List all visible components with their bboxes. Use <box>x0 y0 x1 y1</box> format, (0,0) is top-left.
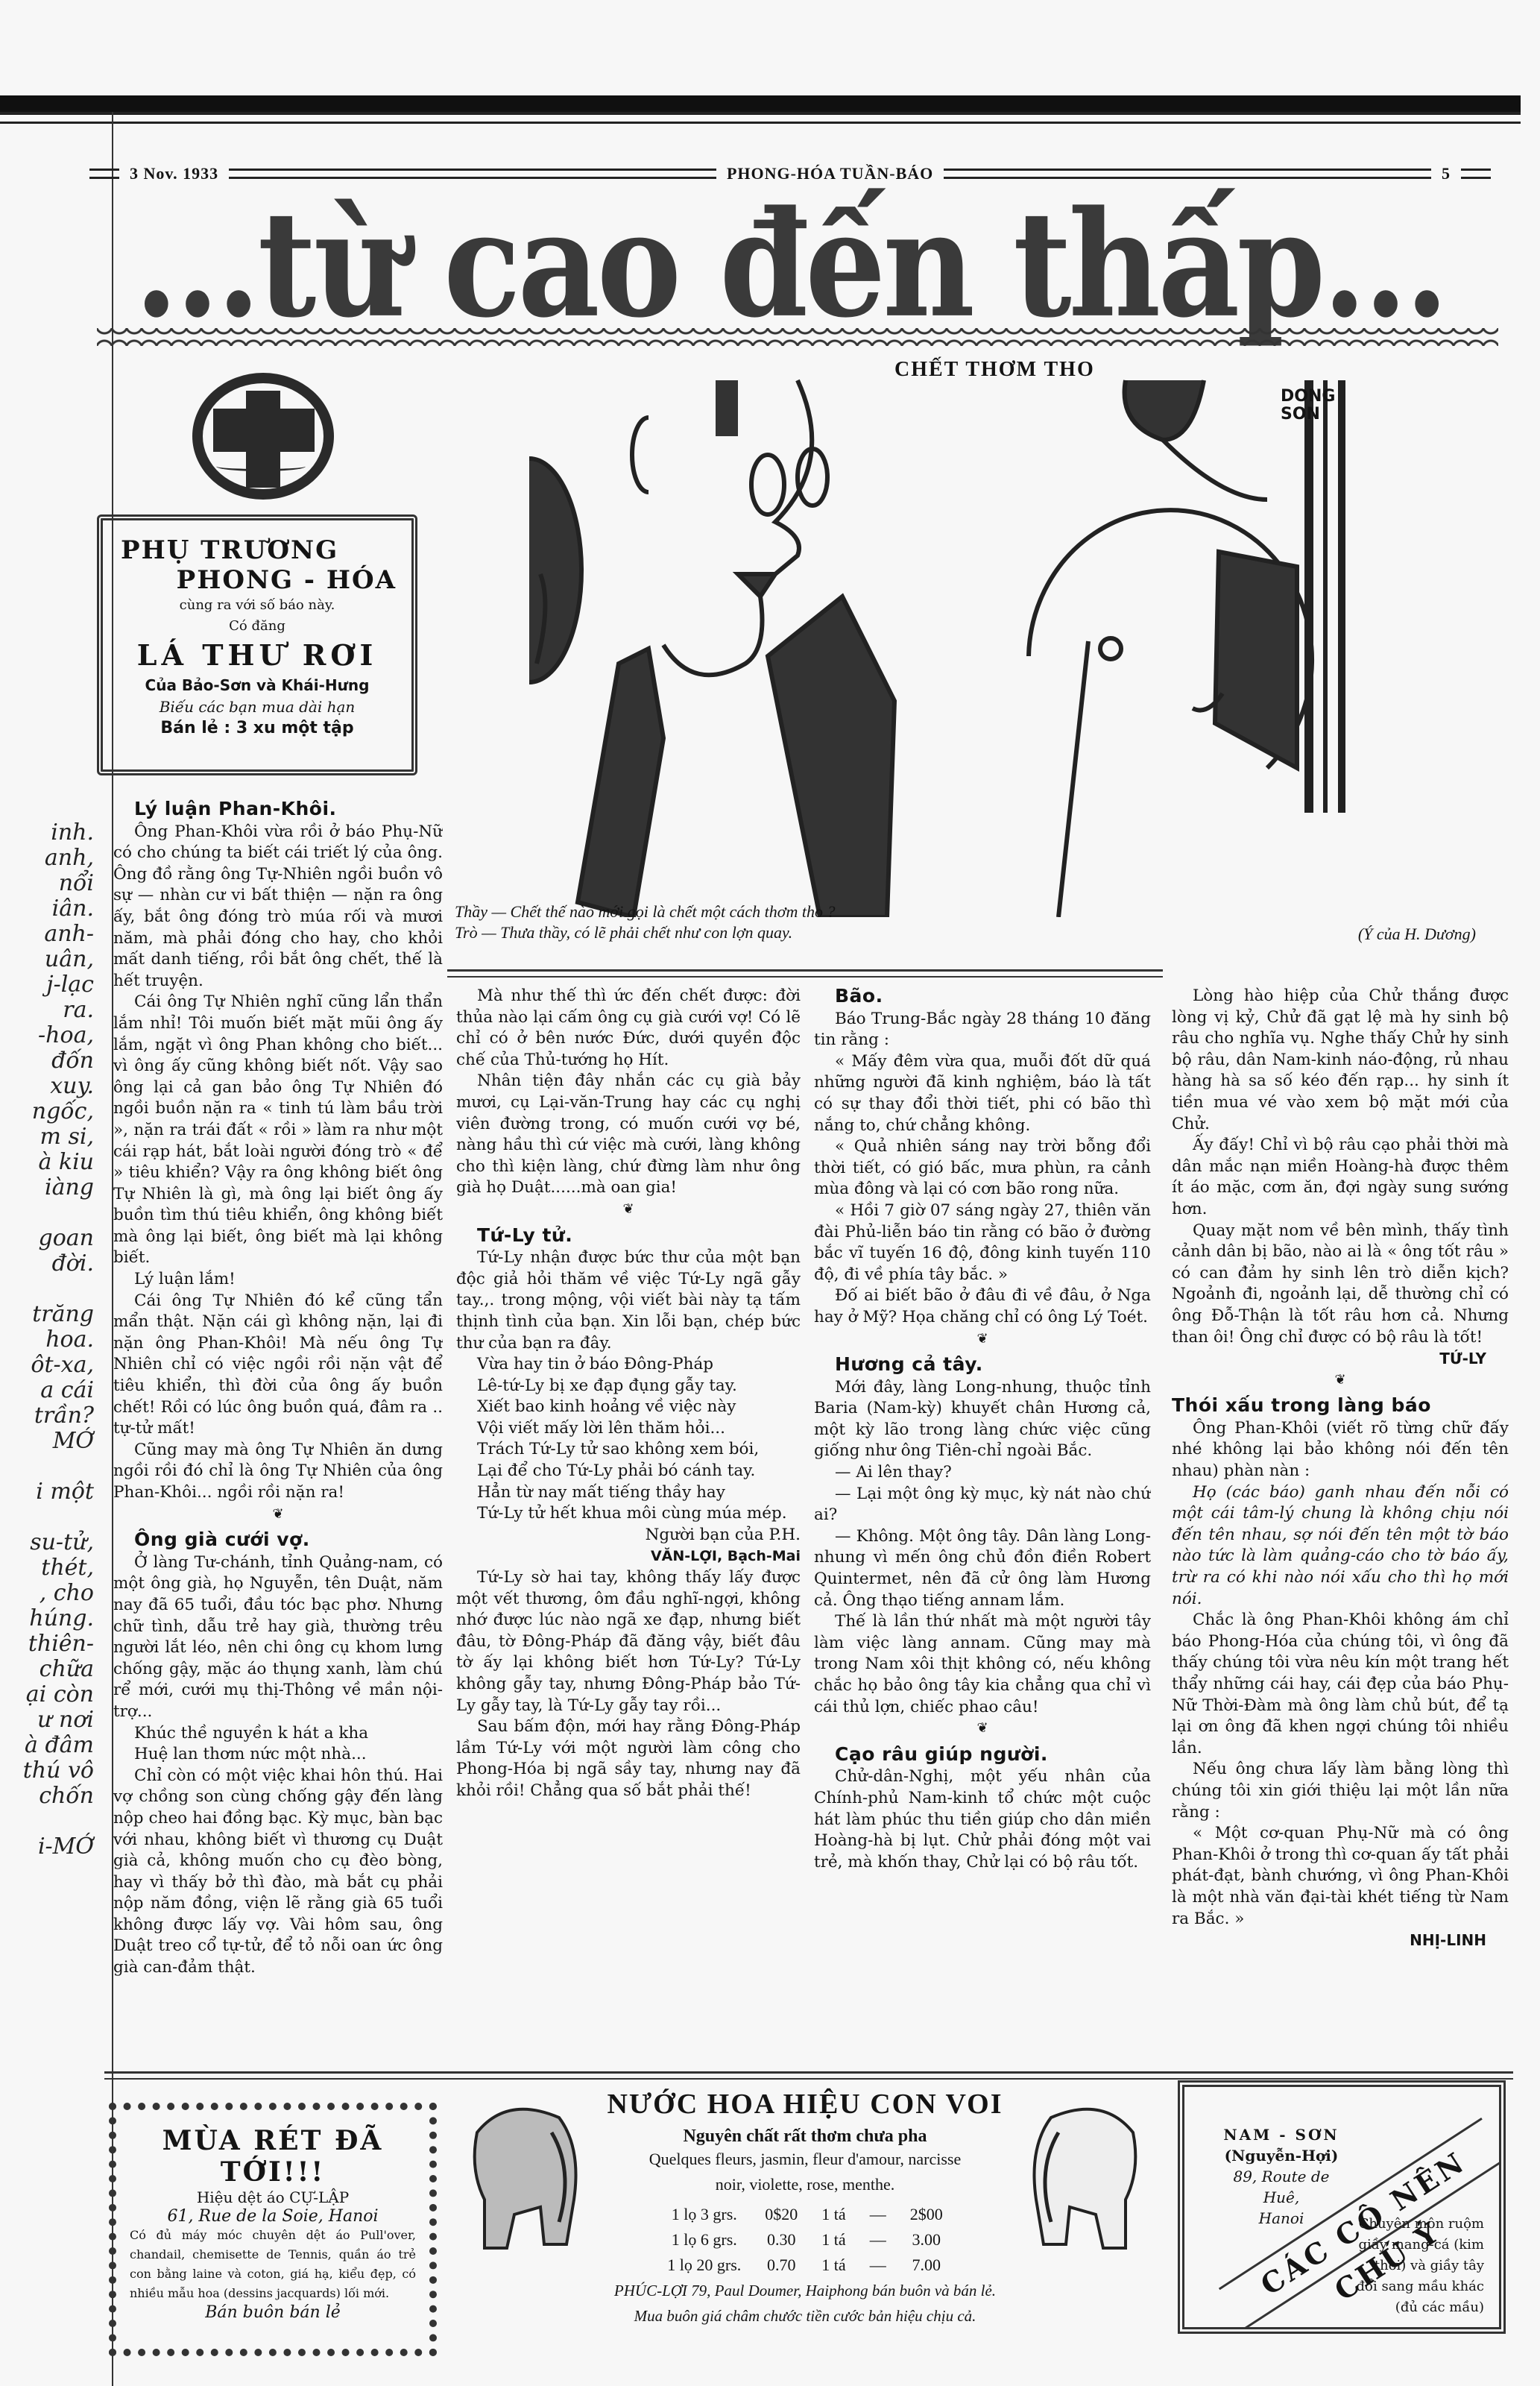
ad-footer: PHÚC-LỢI 79, Paul Doumer, Haiphong bán b… <box>462 2278 1148 2303</box>
column-1: Lý luận Phan-Khôi. Ông Phan-Khôi vừa rồi… <box>113 794 443 2062</box>
verse-line: Hẳn từ nay mất tiếng thầy hay <box>456 1482 801 1504</box>
column-3: Bão. Báo Trung-Bắc ngày 28 tháng 10 đăng… <box>814 986 1151 2059</box>
ornament-icon: ❦ <box>113 1504 443 1526</box>
cross-in-circle-logo-icon <box>192 373 334 500</box>
ad-shop-name: NAM - SƠN <box>1214 2124 1348 2145</box>
gutter-fragment: anh, <box>4 846 94 871</box>
promo-line: Có đăng <box>103 616 411 637</box>
article-paragraph: Ông Phan-Khôi (viết rõ từng chữ đấy nhé … <box>1172 1418 1509 1482</box>
cartoon-illustration <box>447 350 1498 917</box>
price-row: 1 lọ 20 grs.0.701 tá—7.00 <box>655 2253 954 2278</box>
price-cell: — <box>858 2227 898 2253</box>
ad-address: 61, Rue de la Soie, Hanoi <box>130 2207 416 2226</box>
letter-signer: Người bạn của P.H. <box>456 1525 801 1546</box>
promo-price: Bán lẻ : 3 xu một tập <box>103 717 411 740</box>
gutter-fragment: su-tử, <box>4 1530 94 1555</box>
supplement-announcement-box: PHỤ TRƯƠNG PHONG - HÓA cùng ra với số bá… <box>97 514 417 775</box>
verse-line: Vừa hay tin ở báo Đông-Pháp <box>456 1354 801 1376</box>
verse-line: Xiết bao kinh hoảng về việc này <box>456 1397 801 1418</box>
header-rule <box>89 169 119 179</box>
verse-line: Lại để cho Tứ-Ly phải bó cánh tay. <box>456 1461 801 1482</box>
page-top-border <box>0 95 1521 115</box>
article-paragraph: Nhân tiện đây nhắn các cụ già bảy mươi, … <box>456 1071 801 1199</box>
author-signature: NHỊ-LINH <box>1172 1930 1509 1951</box>
header-rule <box>229 169 716 179</box>
gutter-fragment: uân, <box>4 947 94 972</box>
logo-wave <box>216 462 306 471</box>
gutter-fragment: anh- <box>4 922 94 947</box>
article-paragraph: Sau bấm độn, mới hay rằng Đông-Pháp lầm … <box>456 1716 801 1801</box>
gutter-fragment: ôt-xa, <box>4 1353 94 1378</box>
gutter-fragment: thiên- <box>4 1631 94 1657</box>
article-paragraph: « Mấy đêm vừa qua, muỗi đốt dữ quá những… <box>814 1051 1151 1136</box>
verse-line: Huệ lan thơm nức một nhà... <box>113 1744 443 1766</box>
gutter-fragment: goan <box>4 1226 94 1251</box>
gutter-fragment: j-lạc <box>4 972 94 998</box>
cartoon-credit: (Ý của H. Dương) <box>1358 925 1476 944</box>
article-paragraph: « Một cơ-quan Phụ-Nữ mà có ông Phan-Khôi… <box>1172 1823 1509 1930</box>
ornament-icon: ❦ <box>456 1199 801 1221</box>
promo-line: cùng ra với số báo này. <box>103 595 411 616</box>
article-title: Thói xấu trong làng báo <box>1172 1395 1509 1417</box>
gutter-fragment: a cái <box>4 1378 94 1403</box>
ad-cu-lap-knitwear: MÙA RÉT ĐÃ TỚI!!! Hiệu dệt áo CỰ-LẬP 61,… <box>109 2103 437 2356</box>
article-paragraph: — Ai lên thay? <box>814 1462 1151 1484</box>
price-row: 1 lọ 3 grs.0$201 tá—2$00 <box>655 2202 954 2227</box>
ad-title: MÙA RÉT ĐÃ TỚI!!! <box>130 2125 416 2188</box>
article-paragraph: Cũng may mà ông Tự Nhiên ăn dưng ngồi rồ… <box>113 1440 443 1504</box>
article-paragraph: Nếu ông chưa lấy làm bằng lòng thì chúng… <box>1172 1759 1509 1823</box>
price-cell: 0.30 <box>753 2227 810 2253</box>
article-title: Cạo râu giúp người. <box>814 1744 1151 1766</box>
article-paragraph: Lý luận lắm! <box>113 1269 443 1291</box>
article-title: Tứ-Ly tử. <box>456 1225 801 1247</box>
article-paragraph: — Không. Một ông tây. Dân làng Long-nhun… <box>814 1526 1151 1611</box>
ornament-icon: ❦ <box>814 1329 1151 1350</box>
ad-shop-info: NAM - SƠN (Nguyễn-Hợi) 89, Route de Huê,… <box>1214 2124 1348 2229</box>
page-headline: ...từ cao đến thấp... <box>82 183 1498 347</box>
article-paragraph: Báo Trung-Bắc ngày 28 tháng 10 đăng tin … <box>814 1009 1151 1051</box>
gutter-fragment: ra. <box>4 998 94 1023</box>
ad-owner: (Nguyễn-Hợi) <box>1214 2145 1348 2166</box>
price-cell: 1 tá <box>810 2202 857 2227</box>
article-paragraph: Mới đây, làng Long-nhung, thuộc tỉnh Bar… <box>814 1377 1151 1462</box>
price-cell: 1 lọ 3 grs. <box>655 2202 753 2227</box>
verse-line: Khúc thề nguyền k hát a kha <box>113 1723 443 1745</box>
promo-line: Biếu các bạn mua dài hạn <box>103 696 411 717</box>
gutter-fragment: iân. <box>4 896 94 922</box>
verse-line: Lê-tứ-Ly bị xe đạp đụng gẫy tay. <box>456 1376 801 1397</box>
article-paragraph: Tứ-Ly nhận được bức thư của một bạn độc … <box>456 1247 801 1354</box>
gutter-fragment: , cho <box>4 1581 94 1606</box>
price-cell: 1 lọ 20 grs. <box>655 2253 753 2278</box>
cartoon-caption-teacher: Thầy — Chết thế nào mới gọi là chết một … <box>455 902 835 922</box>
article-paragraph: Cái ông Tự Nhiên đó kể cũng tẩn mẩn thật… <box>113 1291 443 1440</box>
quote-text: Họ (các báo) ganh nhau đến nỗi có một cá… <box>1172 1483 1509 1608</box>
logo-bar <box>246 391 280 488</box>
price-table: 1 lọ 3 grs.0$201 tá—2$001 lọ 6 grs.0.301… <box>655 2202 954 2278</box>
column-4: Lòng hào hiệp của Chử thắng được lòng vị… <box>1172 986 1509 2059</box>
left-gutter-previous-page: inh.anh,nổiiân.anh-uân,j-lạcra.-hoa,đốnx… <box>0 112 113 2386</box>
gutter-fragment: thú vô <box>4 1758 94 1784</box>
gutter-fragment: xuy. <box>4 1074 94 1099</box>
ad-nam-son-shoe-dye: NAM - SƠN (Nguyễn-Hợi) 89, Route de Huê,… <box>1178 2080 1506 2334</box>
article-paragraph: Chử-dân-Nghị, một yếu nhân của Chính-phủ… <box>814 1766 1151 1873</box>
article-paragraph: Mà như thế thì ức đến chết được: đời thủ… <box>456 986 801 1071</box>
price-cell: 0.70 <box>753 2253 810 2278</box>
gutter-fragments: inh.anh,nổiiân.anh-uân,j-lạcra.-hoa,đốnx… <box>4 820 94 1860</box>
article-paragraph: Ở làng Tư-chánh, tỉnh Quảng-nam, có một … <box>113 1552 443 1723</box>
article-paragraph: « Quả nhiên sáng nay trời bỗng đổi thời … <box>814 1136 1151 1200</box>
gutter-fragment: ại còn <box>4 1682 94 1707</box>
price-cell: — <box>858 2253 898 2278</box>
article-paragraph: « Hồi 7 giờ 07 sáng ngày 27, thiên văn đ… <box>814 1200 1151 1285</box>
gutter-fragment: đời. <box>4 1251 94 1277</box>
verse-line: Tứ-Ly tử hết khua môi cùng múa mép. <box>456 1503 801 1525</box>
price-row: 1 lọ 6 grs.0.301 tá—3.00 <box>655 2227 954 2253</box>
gutter-fragment <box>4 1809 94 1834</box>
ads-top-rule <box>104 2071 1513 2080</box>
article-paragraph: Tứ-Ly sờ hai tay, không thấy lấy được mộ… <box>456 1567 801 1716</box>
cartoon-caption-student: Trò — Thưa thầy, có lẽ phải chết như con… <box>455 923 792 942</box>
editorial-cartoon: CHẾT THƠM THO DONG SON Thầy — Chế <box>447 350 1498 932</box>
article-paragraph: — Lại một ông kỳ mục, kỳ nát nào chứ ai? <box>814 1484 1151 1526</box>
article-title: Hương cả tây. <box>814 1354 1151 1376</box>
article-title: Lý luận Phan-Khôi. <box>113 799 443 820</box>
article-quote: Họ (các báo) ganh nhau đến nỗi có một cá… <box>1172 1482 1509 1611</box>
ad-footer: Mua buôn giá châm chước tiền cước bản hi… <box>462 2303 1148 2329</box>
gutter-fragment <box>4 1277 94 1302</box>
gutter-fragment: hoa. <box>4 1327 94 1353</box>
article-paragraph: Quay mặt nom về bên mình, thấy tình cảnh… <box>1172 1221 1509 1349</box>
price-cell: 3.00 <box>898 2227 955 2253</box>
gutter-fragment: m si, <box>4 1124 94 1150</box>
ad-body: Có đủ máy móc chuyên dệt áo Pull'over, c… <box>130 2226 416 2303</box>
ad-shop-name: Hiệu dệt áo CỰ-LẬP <box>130 2188 416 2207</box>
gutter-fragment: MỚ <box>4 1429 94 1454</box>
ad-footer: Bán buôn bán lẻ <box>130 2303 416 2322</box>
promo-authors: Của Bảo-Sơn và Khái-Hưng <box>103 674 411 696</box>
header-rule <box>944 169 1431 179</box>
gutter-fragment: à đâm <box>4 1733 94 1758</box>
article-paragraph: Lòng hào hiệp của Chử thắng được lòng vị… <box>1172 986 1509 1135</box>
verse-line: Trách Tứ-Ly tử sao không xem bói, <box>456 1439 801 1461</box>
article-paragraph: Chắc là ông Phan-Khôi không ám chỉ báo P… <box>1172 1610 1509 1759</box>
article-paragraph: Đố ai biết bão ở đâu đi về đâu, ở Nga ha… <box>814 1285 1151 1328</box>
gutter-fragment: thét, <box>4 1555 94 1581</box>
promo-title: LÁ THƯ RƠI <box>103 637 411 674</box>
price-cell: 1 tá <box>810 2253 857 2278</box>
letter-signer-name: VĂN-LỢI, Bạch-Mai <box>456 1546 801 1567</box>
gutter-fragment <box>4 1200 94 1226</box>
price-cell: 1 lọ 6 grs. <box>655 2227 753 2253</box>
gutter-fragment: -hoa, <box>4 1023 94 1048</box>
gutter-fragment <box>4 1505 94 1530</box>
article-title: Bão. <box>814 986 1151 1007</box>
price-cell: 0$20 <box>753 2202 810 2227</box>
price-cell: 7.00 <box>898 2253 955 2278</box>
gutter-fragment: trăng <box>4 1302 94 1327</box>
article-paragraph: Ông Phan-Khôi vừa rồi ở báo Phụ-Nữ có ch… <box>113 822 443 992</box>
price-cell: — <box>858 2202 898 2227</box>
cartoon-bottom-rule <box>447 969 1163 978</box>
article-paragraph: Chỉ còn có một việc khai hôn thú. Hai vợ… <box>113 1766 443 1979</box>
article-paragraph: Cái ông Tự Nhiên nghĩ cũng lẩn thẩn lắm … <box>113 992 443 1269</box>
ad-address: 89, Route de Huê, <box>1214 2166 1348 2208</box>
gutter-fragment: ngốc, <box>4 1099 94 1124</box>
promo-line: PHONG - HÓA <box>103 565 411 595</box>
ad-body: Chuyên môn ruộm giầy mang-cá (kim thời) … <box>1350 2214 1484 2318</box>
ornament-icon: ❦ <box>1172 1370 1509 1391</box>
article-paragraph: Thế là lần thứ nhất mà một người tây làm… <box>814 1611 1151 1718</box>
article-title: Ông già cưới vợ. <box>113 1529 443 1551</box>
gutter-fragment: i-MỚ <box>4 1834 94 1860</box>
gutter-fragment: ư nơi <box>4 1707 94 1733</box>
elephant-icon <box>462 2088 589 2259</box>
gutter-fragment: inh. <box>4 820 94 846</box>
promo-line: PHỤ TRƯƠNG <box>103 535 411 565</box>
gutter-fragment: nổi <box>4 871 94 896</box>
elephant-icon <box>1021 2088 1148 2259</box>
ad-con-voi-perfume: NƯỚC HOA HIỆU CON VOI Nguyên chất rất th… <box>462 2080 1148 2364</box>
column-2: Mà như thế thì ức đến chết được: đời thủ… <box>456 986 801 2059</box>
artist-signature: DONG SON <box>1281 388 1297 424</box>
price-cell: 1 tá <box>810 2227 857 2253</box>
gutter-fragment <box>4 1454 94 1479</box>
gutter-fragment: húng. <box>4 1606 94 1631</box>
ornament-icon: ❦ <box>814 1718 1151 1740</box>
gutter-fragment: iàng <box>4 1175 94 1200</box>
author-signature: TỨ-LY <box>1172 1348 1509 1370</box>
article-paragraph: Ấy đấy! Chỉ vì bộ râu cạo phải thời mà d… <box>1172 1135 1509 1220</box>
gutter-fragment: à kiu <box>4 1150 94 1175</box>
gutter-fragment: đốn <box>4 1048 94 1074</box>
gutter-fragment: i một <box>4 1479 94 1505</box>
verse-line: Vội viết mấy lời lên thăm hỏi... <box>456 1418 801 1440</box>
price-cell: 2$00 <box>898 2202 955 2227</box>
gutter-fragment: chốn <box>4 1784 94 1809</box>
header-rule <box>1461 169 1491 179</box>
gutter-fragment: trần? <box>4 1403 94 1429</box>
gutter-fragment: chữa <box>4 1657 94 1682</box>
wavy-divider <box>97 328 1498 347</box>
